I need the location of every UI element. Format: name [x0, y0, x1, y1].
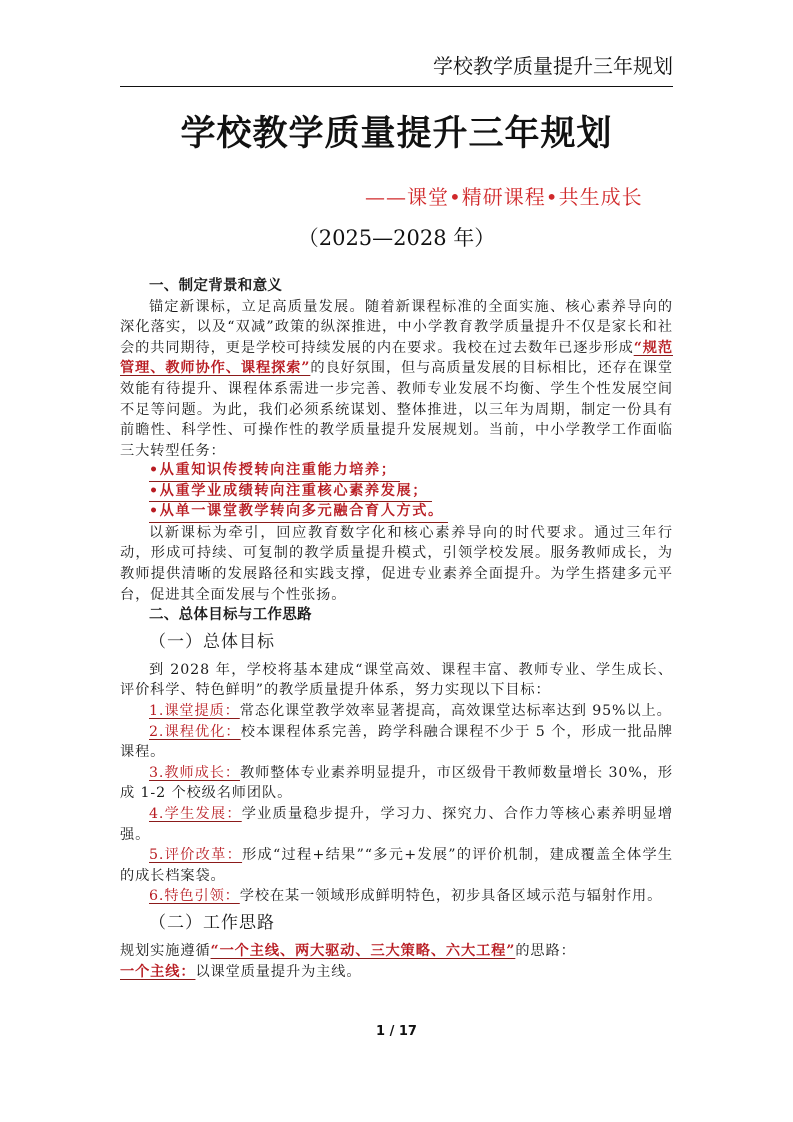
document-page: 学校教学质量提升三年规划 学校教学质量提升三年规划 ——课堂•精研课程•共生成长…	[0, 0, 793, 1122]
paragraph-approach-intro: 规划实施遵循“一个主线、两大驱动、三大策略、六大工程”的思路：	[120, 941, 673, 962]
goal-label: 3.教师成长：	[149, 765, 240, 781]
header-rule	[120, 86, 673, 87]
goal-text: 学校在某一领域形成鲜明特色，初步具备区域示范与辐射作用。	[240, 888, 662, 904]
section-heading-1: 一、制定背景和意义	[120, 276, 673, 297]
goal-item: 3.教师成长：教师整体专业素养明显提升，市区级骨干教师数量增长 30%，形成 1…	[120, 763, 673, 804]
approach-label: 一个主线：	[120, 964, 195, 980]
subsection-heading-goals: （一）总体目标	[120, 628, 673, 656]
approach-text: 以课堂质量提升为主线。	[195, 964, 361, 980]
goal-label: 1.课堂提质：	[149, 703, 240, 719]
page-number: 1 / 17	[0, 1024, 793, 1039]
paragraph-text: 规划实施遵循	[120, 943, 211, 959]
paragraph-text: 锚定新课标，立足高质量发展。随着新课程标准的全面实施、核心素养导向的深化落实，以…	[120, 299, 673, 356]
section-heading-2: 二、总体目标与工作思路	[120, 605, 673, 626]
highlight-phrase: “一个主线、两大驱动、三大策略、六大工程”	[211, 943, 516, 959]
approach-line: 一个主线：以课堂质量提升为主线。	[120, 962, 673, 983]
document-subtitle: ——课堂•精研课程•共生成长	[365, 183, 643, 211]
paragraph-background: 锚定新课标，立足高质量发展。随着新课程标准的全面实施、核心素养导向的深化落实，以…	[120, 297, 673, 462]
goal-item: 5.评价改革：形成“过程+结果”“多元+发展”的评价机制，建成覆盖全体学生的成长…	[120, 845, 673, 886]
document-body: 一、制定背景和意义 锚定新课标，立足高质量发展。随着新课程标准的全面实施、核心素…	[120, 276, 673, 982]
document-title: 学校教学质量提升三年规划	[0, 112, 793, 156]
paragraph-purpose: 以新课标为牵引，回应教育数字化和核心素养导向的时代要求。通过三年行动，形成可持续…	[120, 523, 673, 605]
running-header: 学校教学质量提升三年规划	[120, 52, 673, 80]
subsection-heading-approach: （二）工作思路	[120, 909, 673, 937]
goal-item: 2.课程优化：校本课程体系完善，跨学科融合课程不少于 5 个，形成一批品牌课程。	[120, 722, 673, 763]
goal-label: 5.评价改革：	[149, 847, 242, 863]
paragraph-text: 的思路：	[515, 943, 575, 959]
bullet-item: •从重学业成绩转向注重核心素养发展；	[149, 482, 432, 503]
goal-text: 常态化课堂教学效率显著提高，高效课堂达标率达到 95%以上。	[240, 703, 672, 719]
paragraph-goals-intro: 到 2028 年，学校将基本建成“课堂高效、课程丰富、教师专业、学生成长、评价科…	[120, 660, 673, 701]
goal-label: 4.学生发展：	[149, 806, 242, 822]
goal-item: 6.特色引领：学校在某一领域形成鲜明特色，初步具备区域示范与辐射作用。	[120, 886, 673, 907]
bullet-list: •从重知识传授转向注重能力培养； •从重学业成绩转向注重核心素养发展； •从单一…	[120, 461, 673, 523]
goal-label: 6.特色引领：	[149, 888, 240, 904]
bullet-item: •从重知识传授转向注重能力培养；	[149, 461, 400, 482]
document-years: （2025—2028 年）	[0, 223, 793, 253]
bullet-item: •从单一课堂教学转向多元融合育人方式。	[149, 502, 448, 523]
goal-item: 4.学生发展：学业质量稳步提升，学习力、探究力、合作力等核心素养明显增强。	[120, 804, 673, 845]
goal-item: 1.课堂提质：常态化课堂教学效率显著提高，高效课堂达标率达到 95%以上。	[120, 701, 673, 722]
goal-label: 2.课程优化：	[149, 724, 241, 740]
